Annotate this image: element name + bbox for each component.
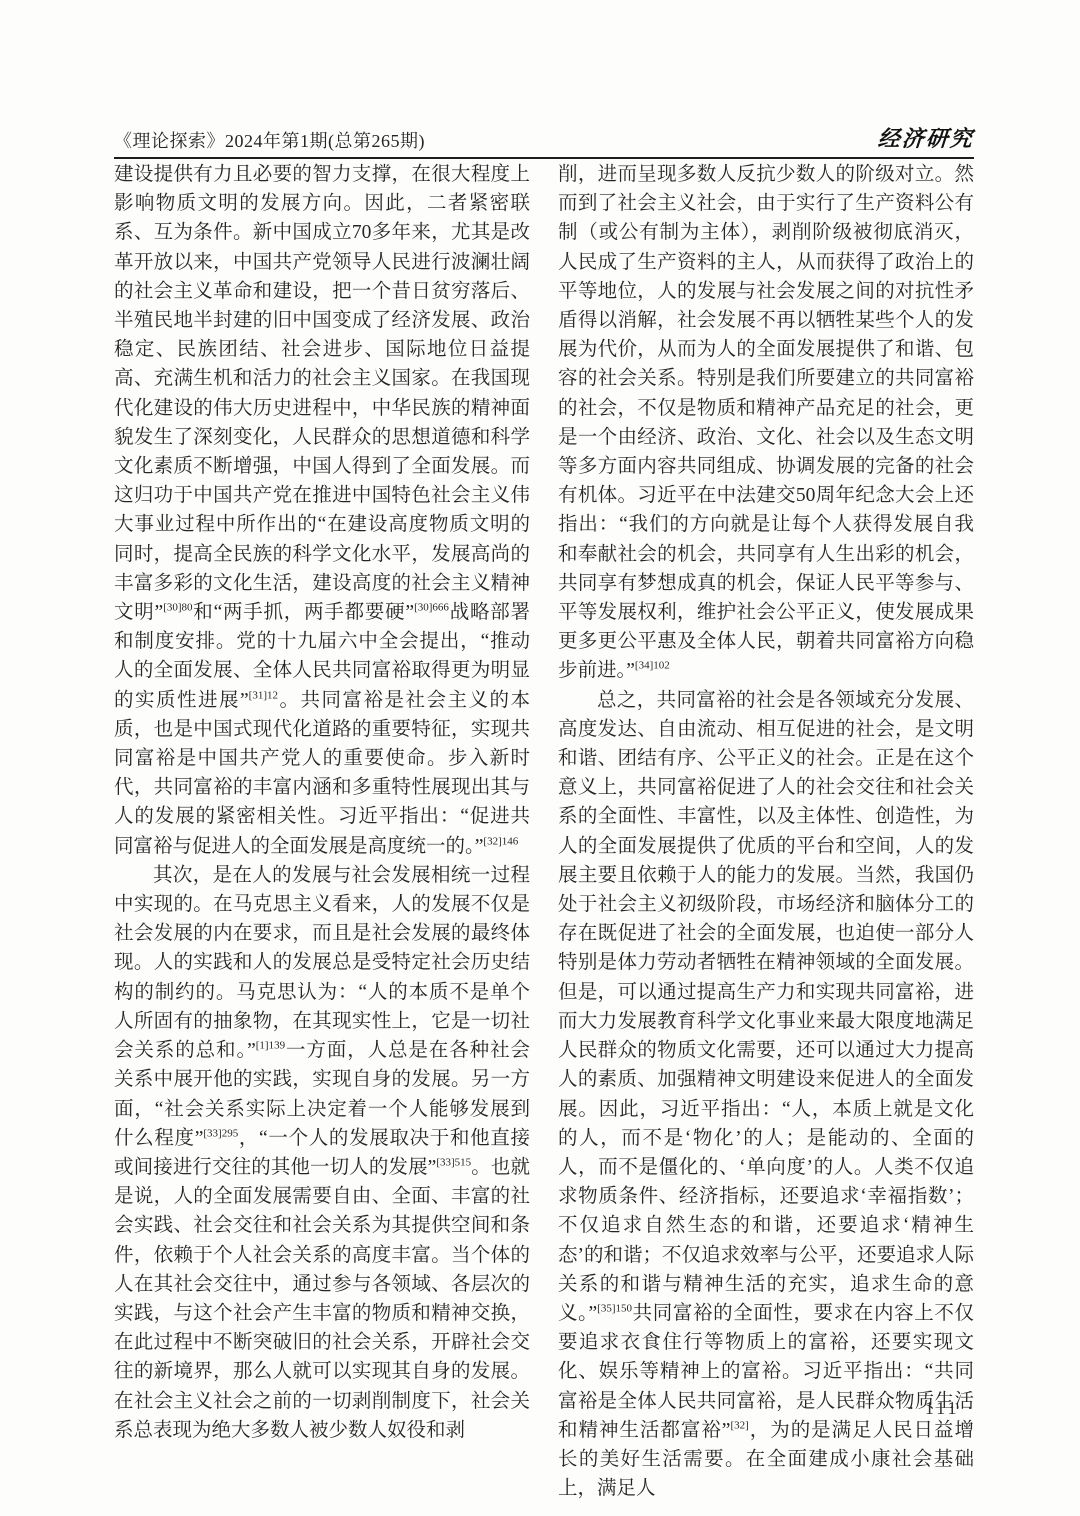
- citation-ref: [34]102: [635, 660, 670, 672]
- paragraph: 削，进而呈现多数人反抗少数人的阶级对立。然而到了社会主义社会，由于实行了生产资料…: [558, 160, 974, 686]
- citation-ref: [35]150: [597, 1302, 632, 1314]
- citation-ref: [32]146: [483, 835, 518, 847]
- left-column: 建设提供有力且必要的智力支撑，在很大程度上影响物质文明的发展方向。因此，二者紧密…: [114, 160, 530, 1503]
- journal-page: 《理论探索》2024年第1期(总第265期) 经济研究 建设提供有力且必要的智力…: [0, 0, 1080, 1516]
- citation-ref: [33]515: [436, 1156, 471, 1168]
- citation-ref: [31]12: [249, 689, 278, 701]
- paragraph: 建设提供有力且必要的智力支撑，在很大程度上影响物质文明的发展方向。因此，二者紧密…: [114, 160, 530, 861]
- citation-ref: [32]: [730, 1419, 748, 1431]
- paragraph: 其次，是在人的发展与社会发展相统一过程中实现的。在马克思主义看来，人的发展不仅是…: [114, 861, 530, 1445]
- citation-ref: [30]80: [163, 602, 192, 614]
- article-body: 建设提供有力且必要的智力支撑，在很大程度上影响物质文明的发展方向。因此，二者紧密…: [114, 160, 974, 1503]
- citation-ref: [30]666: [414, 602, 449, 614]
- header-row: 《理论探索》2024年第1期(总第265期) 经济研究: [114, 122, 974, 159]
- section-title: 经济研究: [877, 122, 975, 153]
- paragraph: 总之，共同富裕的社会是各领域充分发展、高度发达、自由流动、相互促进的社会，是文明…: [558, 686, 974, 1504]
- citation-ref: [33]295: [203, 1127, 238, 1139]
- page-header: 《理论探索》2024年第1期(总第265期) 经济研究: [114, 122, 974, 159]
- journal-issue-label: 《理论探索》2024年第1期(总第265期): [114, 127, 425, 153]
- page-footer: · 111 ·: [908, 1398, 976, 1419]
- citation-ref: [1]139: [256, 1040, 285, 1052]
- right-column: 削，进而呈现多数人反抗少数人的阶级对立。然而到了社会主义社会，由于实行了生产资料…: [558, 160, 974, 1503]
- page-number: · 111 ·: [908, 1398, 976, 1418]
